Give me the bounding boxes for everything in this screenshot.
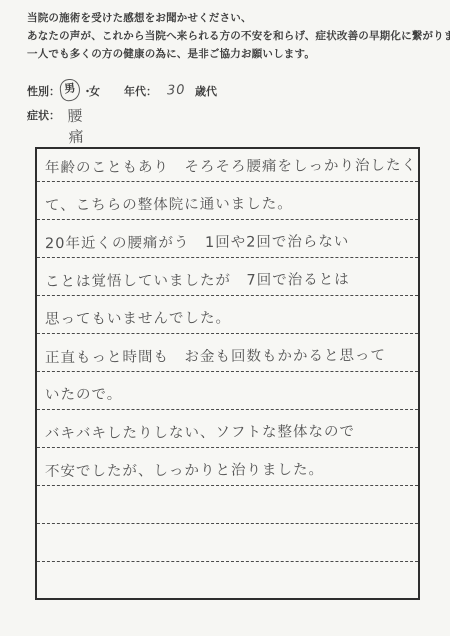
form-intro-text: 当院の施術を受けた感想をお聞かせください、 あなたの声が、これから当院へ来られる… [27,9,445,63]
handwritten-text: ことは覚悟していましたが 7回で治るとは [45,269,350,296]
comment-line: いたので。 [37,372,418,410]
handwritten-text: いたので。 [45,384,122,410]
comment-line: 20年近くの腰痛がう 1回や2回で治らない [37,220,418,258]
age-suffix: 歳代 [195,83,217,99]
comment-line-empty [37,524,418,562]
comment-line: 思ってもいませんでした。 [37,296,418,334]
gender-label: 性別： [27,83,60,99]
symptom-label: 症状： [27,110,60,122]
age-label: 年代： [124,83,157,99]
gender-female-option: 女 [89,83,100,99]
intro-line-1: 当院の施術を受けた感想をお聞かせください、 [27,9,445,27]
age-handwritten-value: 30 [167,83,186,99]
symptom-handwritten-value: 腰痛 [67,105,85,148]
scanned-feedback-form: 当院の施術を受けた感想をお聞かせください、 あなたの声が、これから当院へ来られる… [0,0,450,636]
comment-line-empty [37,486,418,524]
handwritten-text: 思ってもいませんでした。 [45,307,231,333]
intro-line-2: あなたの声が、これから当院へ来られる方の不安を和らげ、症状改善の早期化に繋がりま… [27,27,445,45]
handwritten-text: て、こちらの整体院に通いました。 [45,193,293,220]
comment-line: バキバキしたりしない、ソフトな整体なので [37,410,418,448]
comment-line: 正直もっと時間も お金も回数もかかると思って [37,334,418,372]
comment-line: 不安でしたが、しっかりと治りました。 [37,448,418,486]
gender-male-circled: 男 [59,78,82,103]
comment-line: て、こちらの整体院に通いました。 [37,182,418,220]
symptom-row: 症状： 腰痛 [27,107,60,123]
comment-line: ことは覚悟していましたが 7回で治るとは [37,258,418,296]
comment-line: 年齢のこともあり そろそろ腰痛をしっかり治したく [37,149,418,182]
handwritten-text: 正直もっと時間も お金も回数もかかると思って [45,345,386,372]
gender-male-option: 男 [64,82,77,95]
handwritten-text: 年齢のこともあり そろそろ腰痛をしっかり治したく [45,155,417,183]
patient-info-row: 性別： 男 ・ 女 年代： 30 歳代 [27,83,427,103]
feedback-comment-box: 年齢のこともあり そろそろ腰痛をしっかり治したく て、こちらの整体院に通いました… [35,147,420,600]
handwritten-text: 不安でしたが、しっかりと治りました。 [45,459,324,486]
intro-line-3: 一人でも多くの方の健康の為に、是非ご協力お願いします。 [27,45,445,63]
handwritten-text: 20年近くの腰痛がう 1回や2回で治らない [45,231,350,258]
handwritten-text: バキバキしたりしない、ソフトな整体なので [45,421,355,448]
